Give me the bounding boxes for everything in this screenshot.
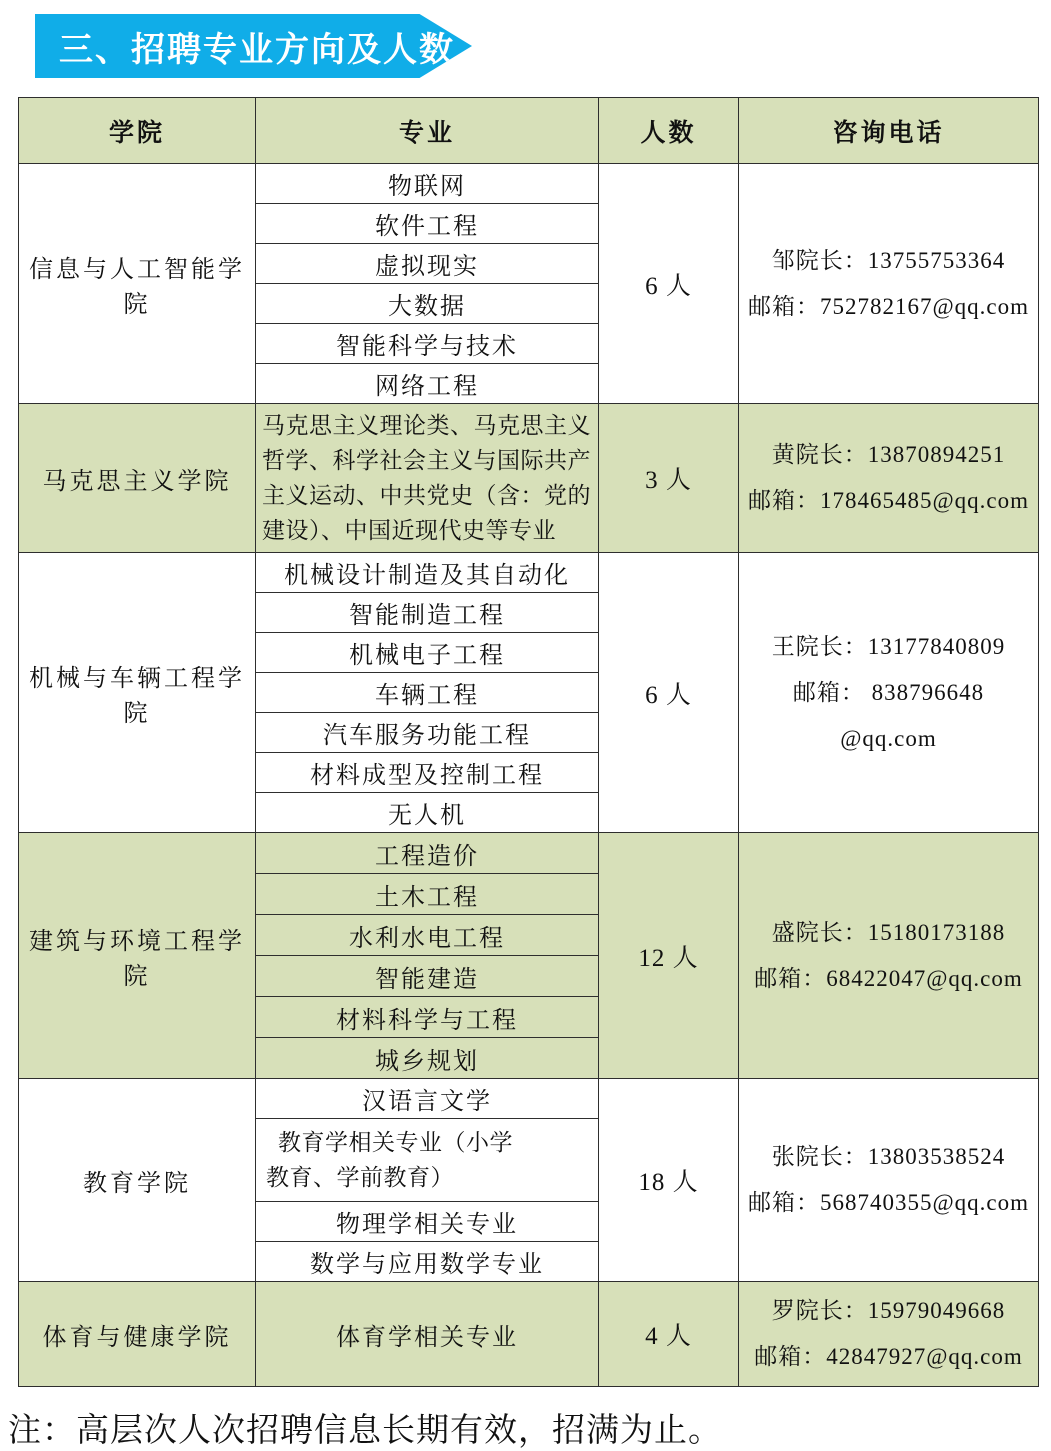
major-cell: 软件工程 — [256, 204, 599, 244]
major-cell: 水利水电工程 — [256, 915, 599, 956]
contact-cell: 王院长：13177840809 邮箱： 838796648 @qq.com — [739, 553, 1039, 833]
major-cell: 虚拟现实 — [256, 244, 599, 284]
table-row: 马克思主义学院 马克思主义理论类、马克思主义哲学、科学社会主义与国际共产主义运动… — [19, 404, 1039, 553]
table-row: 教育学院 汉语言文学 18 人 张院长：13803538524 邮箱：56874… — [19, 1079, 1039, 1119]
major-cell: 智能科学与技术 — [256, 324, 599, 364]
contact-email: 邮箱：752782167@qq.com — [747, 284, 1030, 330]
header-major: 专业 — [256, 98, 599, 164]
table-row: 信息与人工智能学院 物联网 6 人 邹院长：13755753364 邮箱：752… — [19, 164, 1039, 204]
major-cell: 汽车服务功能工程 — [256, 713, 599, 753]
major-cell: 无人机 — [256, 793, 599, 833]
major-cell: 汉语言文学 — [256, 1079, 599, 1119]
table-header: 学院 专业 人数 咨询电话 — [19, 98, 1039, 164]
major-cell: 车辆工程 — [256, 673, 599, 713]
major-cell: 物联网 — [256, 164, 599, 204]
major-cell: 数学与应用数学专业 — [256, 1242, 599, 1282]
major-cell: 体育学相关专业 — [256, 1282, 599, 1387]
major-cell: 机械设计制造及其自动化 — [256, 553, 599, 593]
table-row: 机械与车辆工程学院 机械设计制造及其自动化 6 人 王院长：1317784080… — [19, 553, 1039, 593]
section-banner: 三、招聘专业方向及人数 — [35, 14, 472, 78]
major-cell: 机械电子工程 — [256, 633, 599, 673]
major-cell: 材料成型及控制工程 — [256, 753, 599, 793]
major-cell: 土木工程 — [256, 874, 599, 915]
contact-email: 邮箱：178465485@qq.com — [747, 478, 1030, 524]
contact-cell: 邹院长：13755753364 邮箱：752782167@qq.com — [739, 164, 1039, 404]
major-cell: 材料科学与工程 — [256, 997, 599, 1038]
contact-director: 王院长：13177840809 — [747, 624, 1030, 670]
major-cell: 网络工程 — [256, 364, 599, 404]
major-cell: 城乡规划 — [256, 1038, 599, 1079]
college-cell: 教育学院 — [19, 1079, 256, 1282]
contact-cell: 盛院长：15180173188 邮箱：68422047@qq.com — [739, 833, 1039, 1079]
major-cell: 智能建造 — [256, 956, 599, 997]
count-cell: 6 人 — [599, 164, 739, 404]
contact-cell: 罗院长：15979049668 邮箱：42847927@qq.com — [739, 1282, 1039, 1387]
header-college: 学院 — [19, 98, 256, 164]
footnote: 注：高层次人次招聘信息长期有效，招满为止。 — [8, 1404, 1051, 1451]
count-cell: 6 人 — [599, 553, 739, 833]
contact-cell: 黄院长：13870894251 邮箱：178465485@qq.com — [739, 404, 1039, 553]
section-banner-title: 三、招聘专业方向及人数 — [35, 22, 455, 71]
contact-email: 邮箱：68422047@qq.com — [747, 956, 1030, 1002]
college-cell: 信息与人工智能学院 — [19, 164, 256, 404]
college-cell: 机械与车辆工程学院 — [19, 553, 256, 833]
count-cell: 3 人 — [599, 404, 739, 553]
contact-email: 邮箱：42847927@qq.com — [747, 1334, 1030, 1380]
contact-director: 邹院长：13755753364 — [747, 238, 1030, 284]
major-text: 教育学相关专业（小学教育、学前教育） — [266, 1125, 534, 1195]
table-row: 建筑与环境工程学院 工程造价 12 人 盛院长：15180173188 邮箱：6… — [19, 833, 1039, 874]
major-cell: 智能制造工程 — [256, 593, 599, 633]
contact-email: 邮箱：568740355@qq.com — [747, 1180, 1030, 1226]
count-cell: 18 人 — [599, 1079, 739, 1282]
major-cell: 物理学相关专业 — [256, 1202, 599, 1242]
college-cell: 体育与健康学院 — [19, 1282, 256, 1387]
contact-director: 罗院长：15979049668 — [747, 1288, 1030, 1334]
major-cell: 工程造价 — [256, 833, 599, 874]
recruitment-table: 学院 专业 人数 咨询电话 信息与人工智能学院 物联网 6 人 邹院长：1375… — [18, 97, 1039, 1387]
header-count: 人数 — [599, 98, 739, 164]
major-cell: 教育学相关专业（小学教育、学前教育） — [256, 1119, 599, 1202]
college-cell: 马克思主义学院 — [19, 404, 256, 553]
contact-cell: 张院长：13803538524 邮箱：568740355@qq.com — [739, 1079, 1039, 1282]
count-cell: 4 人 — [599, 1282, 739, 1387]
contact-director: 张院长：13803538524 — [747, 1134, 1030, 1180]
major-cell: 马克思主义理论类、马克思主义哲学、科学社会主义与国际共产主义运动、中共党史（含：… — [256, 404, 599, 553]
header-phone: 咨询电话 — [739, 98, 1039, 164]
contact-director: 黄院长：13870894251 — [747, 432, 1030, 478]
count-cell: 12 人 — [599, 833, 739, 1079]
contact-director: 盛院长：15180173188 — [747, 910, 1030, 956]
table-header-row: 学院 专业 人数 咨询电话 — [19, 98, 1039, 164]
major-cell: 大数据 — [256, 284, 599, 324]
contact-email: 邮箱： 838796648 @qq.com — [747, 670, 1030, 762]
college-cell: 建筑与环境工程学院 — [19, 833, 256, 1079]
table-row: 体育与健康学院 体育学相关专业 4 人 罗院长：15979049668 邮箱：4… — [19, 1282, 1039, 1387]
